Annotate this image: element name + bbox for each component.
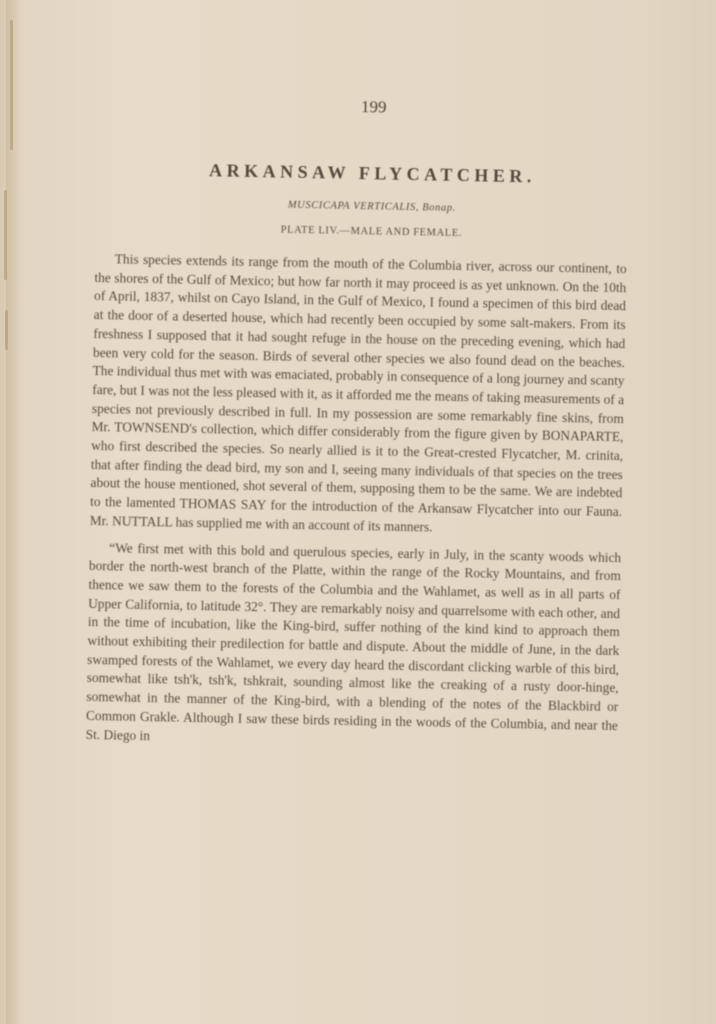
page-number: 199 bbox=[118, 92, 630, 122]
binding-mark bbox=[5, 310, 8, 350]
binding-mark bbox=[4, 190, 7, 280]
page-content: 199 ARKANSAW FLYCATCHER. MUSCICAPA VERTI… bbox=[85, 92, 629, 754]
page-spine-edge bbox=[6, 0, 20, 1024]
body-paragraph: This species extends its range from the … bbox=[90, 250, 627, 541]
binding-mark bbox=[10, 20, 13, 150]
body-paragraph: “We first met with this bold and querulo… bbox=[85, 538, 621, 754]
page-title: ARKANSAW FLYCATCHER. bbox=[116, 158, 628, 189]
scientific-name: MUSCICAPA VERTICALIS, Bonap. bbox=[116, 196, 628, 217]
plate-caption: PLATE LIV.—MALE AND FEMALE. bbox=[115, 221, 627, 242]
book-page: 199 ARKANSAW FLYCATCHER. MUSCICAPA VERTI… bbox=[0, 0, 716, 1024]
